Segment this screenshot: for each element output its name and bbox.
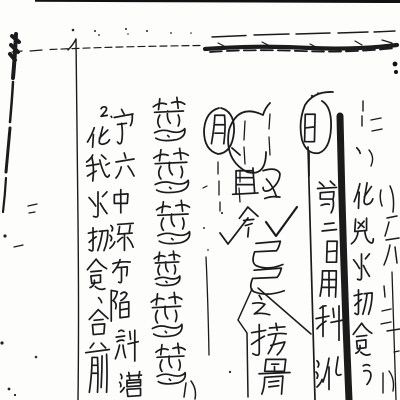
handwritten-char [110,223,133,250]
left-rule-line [68,39,79,400]
left-mid-fragment [203,186,207,188]
dashed-guide-2 [239,121,245,202]
handwritten-char [320,271,336,297]
handwritten-char [252,323,287,355]
right-edge-fragment-3 [381,286,400,393]
column-4-center [233,168,290,394]
top-dashed-streak [212,31,395,37]
handwritten-char [354,290,372,315]
handwritten-char [88,228,108,251]
left-rule-dot [72,29,75,32]
handwritten-char [154,148,189,192]
top-edge-bar [35,0,400,3]
handwritten-char [114,190,128,213]
handwritten-char [253,241,283,268]
handwritten-char [351,218,373,244]
handwritten-char [156,343,185,384]
handwritten-char [89,310,108,335]
right-edge-fragment-2 [384,238,399,265]
caret-stroke-1 [238,289,252,397]
center-column-line [308,147,315,400]
handwritten-char [111,290,129,321]
handwritten-char [86,343,110,392]
handwritten-char [157,200,190,243]
handwritten-char [115,330,138,361]
scanned-manuscript-page [0,0,400,400]
handwritten-char [327,241,338,262]
left-edge-streak [0,34,37,396]
handwritten-char [120,372,142,397]
handwritten-char [353,323,372,355]
manuscript-scan [0,0,400,400]
handwritten-char [354,183,373,209]
handwritten-char [89,192,107,217]
mid-short-line [206,257,209,355]
handwritten-char [116,153,134,178]
handwritten-char [113,260,130,283]
top-right-tick-marks [362,101,382,166]
handwritten-char [316,306,344,341]
handwritten-char [87,259,106,289]
handwritten-char [153,97,185,140]
column-2 [110,109,142,396]
column-3-repeated-cursive [151,97,190,384]
top-dot-row [94,28,192,36]
handwritten-char [154,251,180,285]
circled-char-日 [301,92,333,176]
handwritten-char [363,365,371,385]
handwritten-char [357,148,360,154]
handwritten-char [322,223,336,231]
checkmark-2 [220,218,248,244]
handwritten-char [211,115,225,144]
top-scan-band [12,40,397,52]
column-6-right [351,148,373,385]
dashed-guide-1 [218,162,220,211]
handwritten-char [253,295,270,314]
handwritten-char [318,181,337,213]
right-edge-fragment-1 [380,186,397,236]
ruled-lines [68,29,396,400]
open-circle-mark [228,103,270,173]
handwritten-char [354,254,370,280]
handwritten-char [87,155,110,181]
handwritten-char [88,127,110,147]
handwritten-char [259,359,290,394]
column3-bottom-fragment [184,381,196,399]
right-edge-blobs [393,62,398,74]
handwritten-char [151,292,182,336]
handwritten-char [305,114,316,141]
handwritten-char [316,357,341,390]
circled-char-月 [204,108,240,155]
handwritten-char [99,298,102,303]
column-1-left [86,107,112,392]
handwritten-char [251,268,284,294]
handwriting-layer [86,97,374,396]
dashed-guide-3 [269,114,270,155]
handwritten-char [114,109,133,143]
handwritten-char [101,107,112,117]
thick-fold-line [340,116,349,400]
handwritten-char [239,207,258,237]
checkmark-1 [266,207,297,236]
